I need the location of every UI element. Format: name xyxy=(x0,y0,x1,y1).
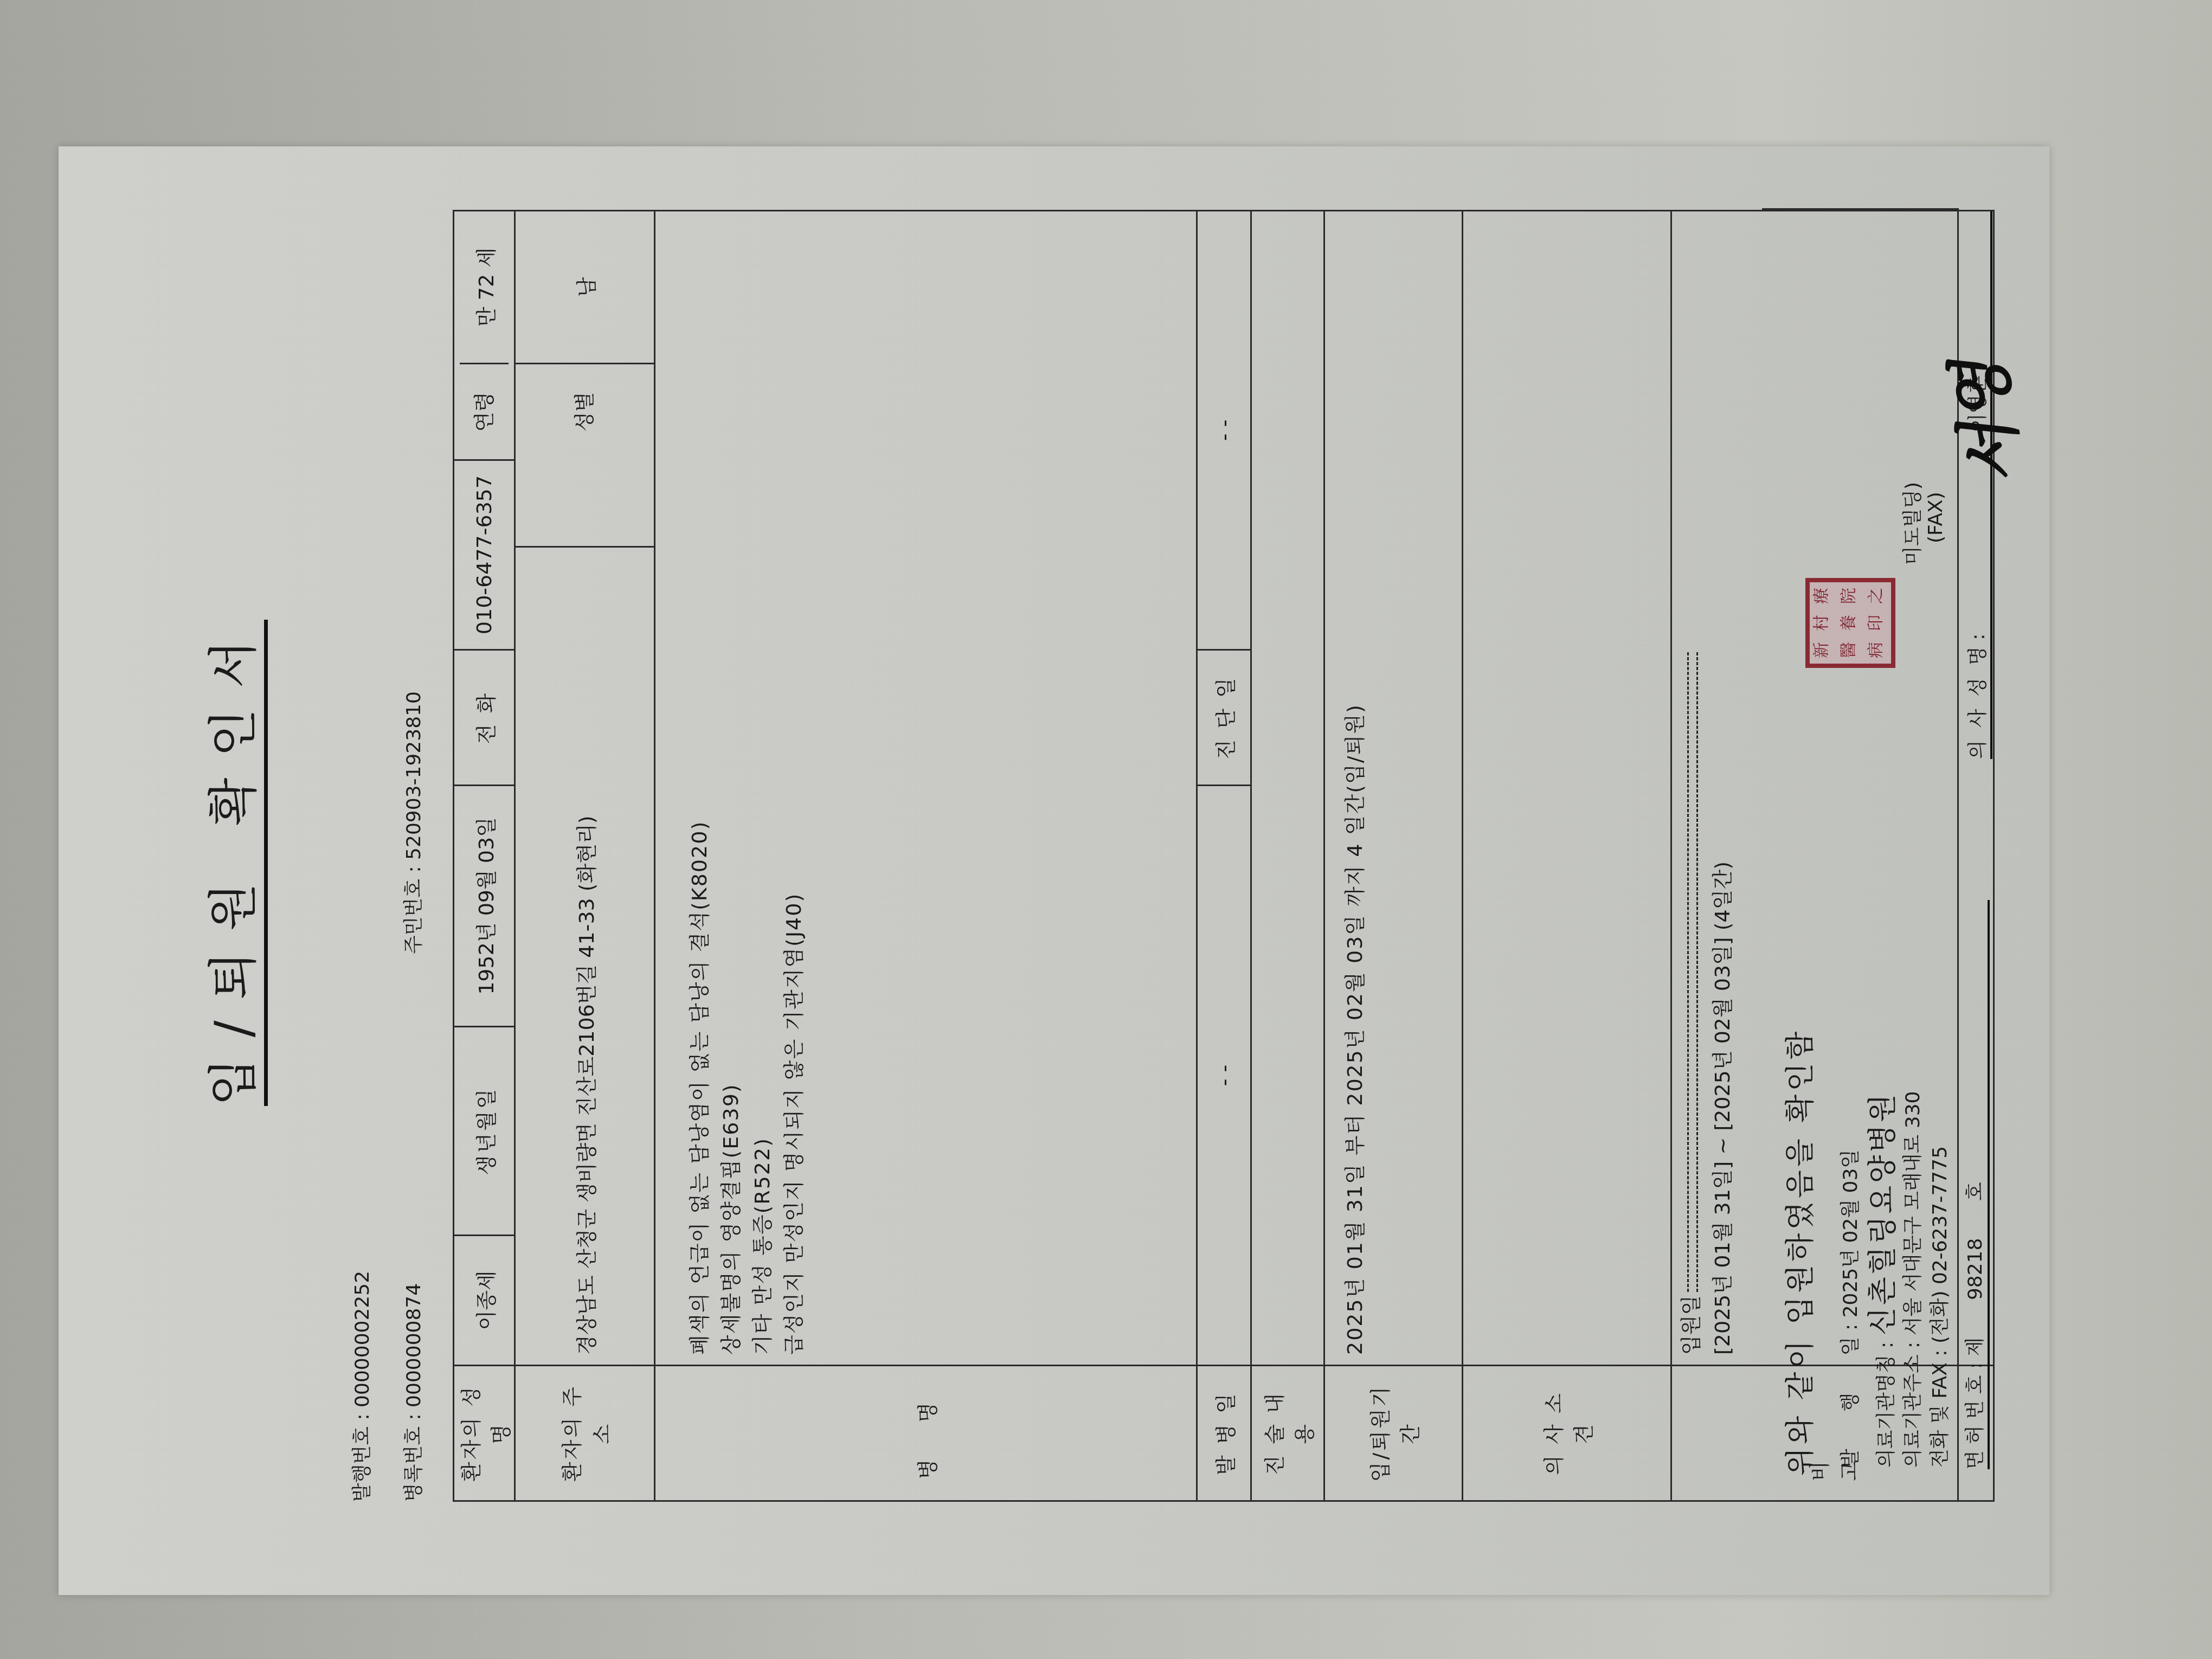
issue-date-value: 2025년 02월 03일 xyxy=(1840,1149,1862,1317)
institution-address-suffix: 미도빌딩) xyxy=(1898,482,1925,565)
patient-row-2: 환자의 주소 경상남도 산청군 생비량면 진산로2106번길 41-33 (화현… xyxy=(515,210,655,1501)
diagnosis-item: 기타 만성 통증(R522) xyxy=(747,221,778,1355)
admission-date-label: 입원일 xyxy=(1679,1295,1703,1355)
diagnosis-item: 상세불명의 영양결핍(E639) xyxy=(715,221,747,1355)
record-number-value: 0000000874 xyxy=(403,1283,425,1407)
confirmation-headline: 위와 같이 입원하였음을 확인함 xyxy=(1777,1028,1819,1476)
address-value: 경상남도 산청군 생비량면 진산로2106번길 41-33 (화현리) xyxy=(515,546,655,1365)
diagnosis-item: 폐색의 언급이 없는 담낭염이 없는 담낭의 결석(K8020) xyxy=(684,221,715,1355)
sex-value: 남 xyxy=(570,211,600,363)
resident-number-label: 주민번호 xyxy=(403,879,425,954)
phone-label: 전 화 xyxy=(454,650,515,785)
document-canvas: 입/퇴원 확인서 발행번호 : 00000002252 병록번호 : 00000… xyxy=(0,0,2212,1659)
resident-number: 주민번호 : 520903-1923810 xyxy=(398,691,426,954)
seal-char: 新 xyxy=(1810,636,1837,664)
remarks-line-1: 입원일 xyxy=(1675,221,1707,1355)
period-value: 2025년 01월 31일 부터 2025년 02월 03일 까지 4 일간(입… xyxy=(1324,210,1463,1365)
treatment-value xyxy=(1251,210,1324,1365)
issue-date-row: 발 행 일 : 2025년 02월 03일 xyxy=(1835,1149,1863,1468)
birth-label: 생년월일 xyxy=(454,1027,515,1236)
remarks-line-2: [2025년 01월 31일] ~ [2025년 02월 03일] (4일간) xyxy=(1707,221,1738,1355)
patient-name-label: 환자의 성명 xyxy=(454,1366,515,1501)
opinion-row: 의 사 소 견 xyxy=(1463,210,1671,1501)
license-value: 제 98218 호 xyxy=(1964,1182,1986,1356)
license-row: 면 허 번 호 : 제 98218 호 xyxy=(1960,900,1990,1469)
issue-number-label: 발행번호 xyxy=(351,1426,374,1502)
record-number: 병록번호 : 0000000874 xyxy=(398,1283,426,1502)
age-cell: 연령 만 72 세 xyxy=(454,210,515,460)
doctor-label: 의 사 성 명 xyxy=(1967,646,1989,759)
seal-char: 村 xyxy=(1810,609,1837,636)
issue-date-label: 발 행 일 xyxy=(1840,1336,1862,1468)
resident-number-value: 520903-1923810 xyxy=(403,691,425,860)
record-number-label: 병록번호 xyxy=(403,1426,425,1502)
seal-char: 養 xyxy=(1837,609,1864,636)
institution-address-row: 의료기관주소 : 서울 서대문구 모래내로 330 xyxy=(1898,1091,1925,1468)
age-label: 연령 xyxy=(460,363,509,459)
fax-number: (FAX) xyxy=(1925,492,1947,543)
seal-char: 療 xyxy=(1810,582,1837,609)
age-value: 만 72 세 xyxy=(470,211,499,363)
institution-name-value: 신촌힐링요양병원 xyxy=(1866,1092,1900,1335)
period-row: 입/퇴원기간 2025년 01월 31일 부터 2025년 02월 03일 까지… xyxy=(1324,210,1463,1501)
onset-value: - - xyxy=(1197,785,1251,1365)
contact-label: 전화 및 FAX xyxy=(1929,1362,1951,1468)
onset-row: 발 병 일 - - 진 단 일 - - xyxy=(1197,210,1251,1501)
diagnosis-item: 급성인지 만성인지 명시되지 않은 기관지염(J40) xyxy=(778,221,809,1355)
institution-address-label: 의료기관주소 xyxy=(1902,1354,1924,1468)
period-text: 2025년 01월 31일 부터 2025년 02월 03일 까지 4 일간(입… xyxy=(1343,704,1367,1355)
issue-number: 발행번호 : 00000002252 xyxy=(347,1271,375,1502)
document-title: 입/퇴원 확인서 xyxy=(206,620,268,1106)
doctor-signature: 서영 xyxy=(1927,353,2037,491)
phone-number: (전화) 02-6237-7775 xyxy=(1929,1146,1951,1343)
license-label: 면 허 번 호 xyxy=(1964,1375,1986,1469)
diagnosis-label: 병 명 xyxy=(655,1366,1197,1501)
dashed-rule xyxy=(1687,652,1698,1292)
issue-number-value: 00000002252 xyxy=(351,1271,374,1407)
institution-name-label: 의료기관명칭 xyxy=(1875,1354,1898,1468)
diagnosis-list: 폐색의 언급이 없는 담낭염이 없는 담낭의 결석(K8020) 상세불명의 영… xyxy=(655,210,1197,1365)
seal-char: 院 xyxy=(1837,582,1864,609)
diagnosis-date-label: 진 단 일 xyxy=(1197,650,1251,785)
diagnosis-date-value: - - xyxy=(1197,210,1251,650)
sex-label: 성별 xyxy=(516,363,654,459)
contact-row: 전화 및 FAX : (전화) 02-6237-7775 xyxy=(1925,1146,1952,1468)
period-label: 입/퇴원기간 xyxy=(1324,1366,1463,1501)
birth-date: 1952년 09월 03일 xyxy=(454,785,515,1026)
treatment-row: 진 술 내 용 xyxy=(1251,210,1324,1501)
seal-char: 醫 xyxy=(1837,636,1864,664)
diagnosis-row: 병 명 폐색의 언급이 없는 담낭염이 없는 담낭의 결석(K8020) 상세불… xyxy=(655,210,1197,1501)
institution-address-value: 서울 서대문구 모래내로 330 xyxy=(1902,1091,1924,1336)
confirmation-section: 위와 같이 입원하였음을 확인함 발 행 일 : 2025년 02월 03일 의… xyxy=(1762,208,1959,1502)
phone-value: 010-6477-6357 xyxy=(454,460,515,650)
seal-char: 之 xyxy=(1864,582,1891,609)
opinion-label: 의 사 소 견 xyxy=(1463,1366,1671,1501)
seal-char: 印 xyxy=(1864,609,1891,636)
onset-label: 발 병 일 xyxy=(1197,1366,1251,1501)
institution-name-row: 의료기관명칭 : 신촌힐링요양병원 xyxy=(1860,1092,1901,1468)
patient-name: 이종세 xyxy=(454,1236,515,1366)
sex-cell: 성별 남 xyxy=(515,210,655,546)
seal-char: 病 xyxy=(1864,636,1891,664)
treatment-label: 진 술 내 용 xyxy=(1251,1366,1324,1501)
address-label: 환자의 주소 xyxy=(515,1366,655,1501)
opinion-value xyxy=(1463,210,1671,1365)
hospital-seal-stamp: 新 村 療 醫 養 院 病 印 之 xyxy=(1805,578,1895,668)
patient-row-1: 환자의 성명 이종세 생년월일 1952년 09월 03일 전 화 010-64… xyxy=(454,210,515,1501)
